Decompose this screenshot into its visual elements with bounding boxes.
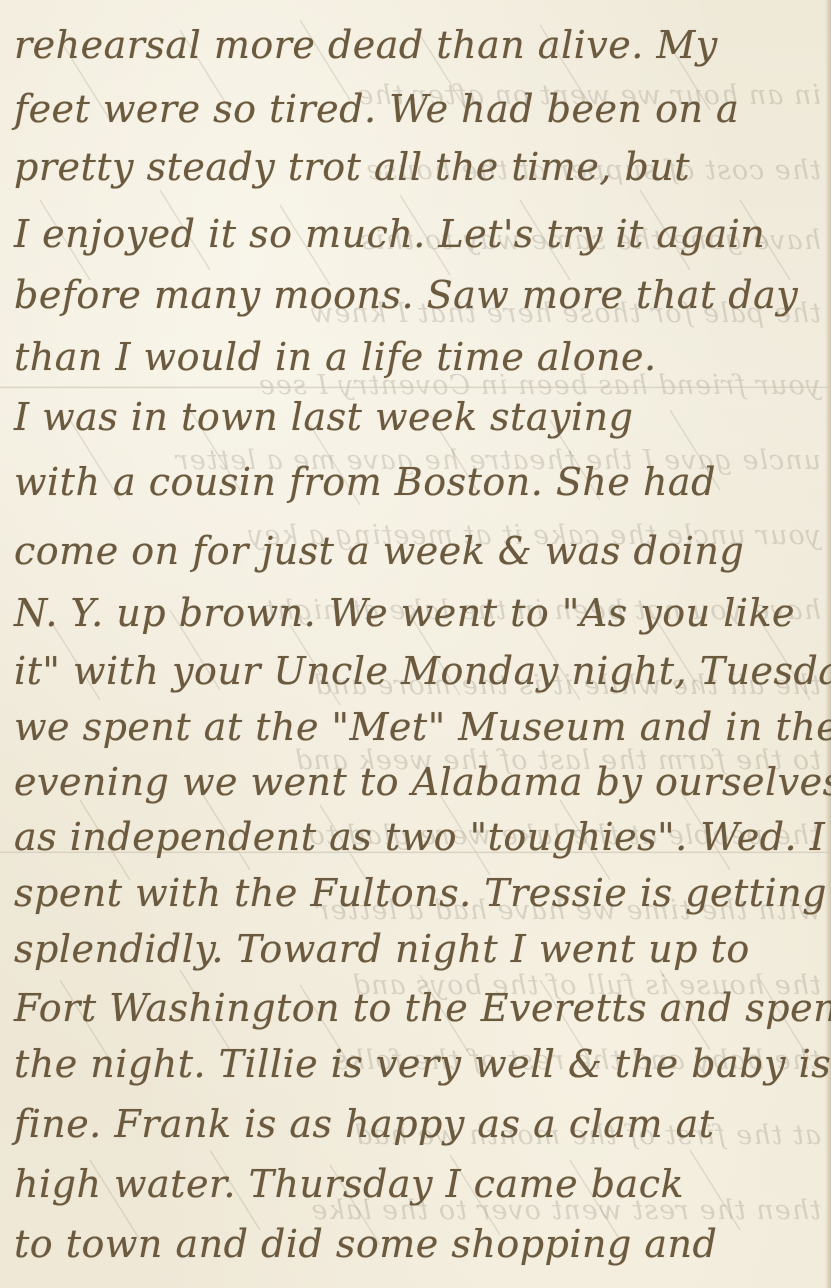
letter-line: we spent at the "Met" Museum and in the <box>14 708 819 746</box>
letter-line: Fort Washington to the Everetts and spen… <box>14 989 819 1027</box>
letter-line: it" with your Uncle Monday night, Tuesda… <box>14 652 819 690</box>
letter-line: to town and did some shopping and <box>14 1225 819 1263</box>
letter-line: spent with the Fultons. Tressie is getti… <box>14 874 819 912</box>
letter-line: I enjoyed it so much. Let's try it again <box>14 215 819 253</box>
letter-line: rehearsal more dead than alive. My <box>14 26 819 64</box>
letter-line: before many moons. Saw more that day <box>14 276 819 314</box>
letter-line: fine. Frank is as happy as a clam at <box>14 1105 819 1143</box>
letter-line: high water. Thursday I came back <box>14 1165 819 1203</box>
letter-line: pretty steady trot all the time, but <box>14 148 819 186</box>
letter-page: in an hour we went on after the the cost… <box>0 0 831 1288</box>
letter-line: N. Y. up brown. We went to "As you like <box>14 594 819 632</box>
letter-line: as independent as two "toughies". Wed. I <box>14 818 819 856</box>
letter-line: with a cousin from Boston. She had <box>14 463 819 501</box>
letter-line: evening we went to Alabama by ourselves, <box>14 763 819 801</box>
letter-line: come on for just a week & was doing <box>14 532 819 570</box>
letter-line: I was in town last week staying <box>14 398 819 436</box>
letter-line: the night. Tillie is very well & the bab… <box>14 1045 819 1083</box>
letter-line: feet were so tired. We had been on a <box>14 90 819 128</box>
letter-line: splendidly. Toward night I went up to <box>14 930 819 968</box>
letter-line: than I would in a life time alone. <box>14 338 819 376</box>
letter-body: rehearsal more dead than alive. My feet … <box>0 0 831 1288</box>
